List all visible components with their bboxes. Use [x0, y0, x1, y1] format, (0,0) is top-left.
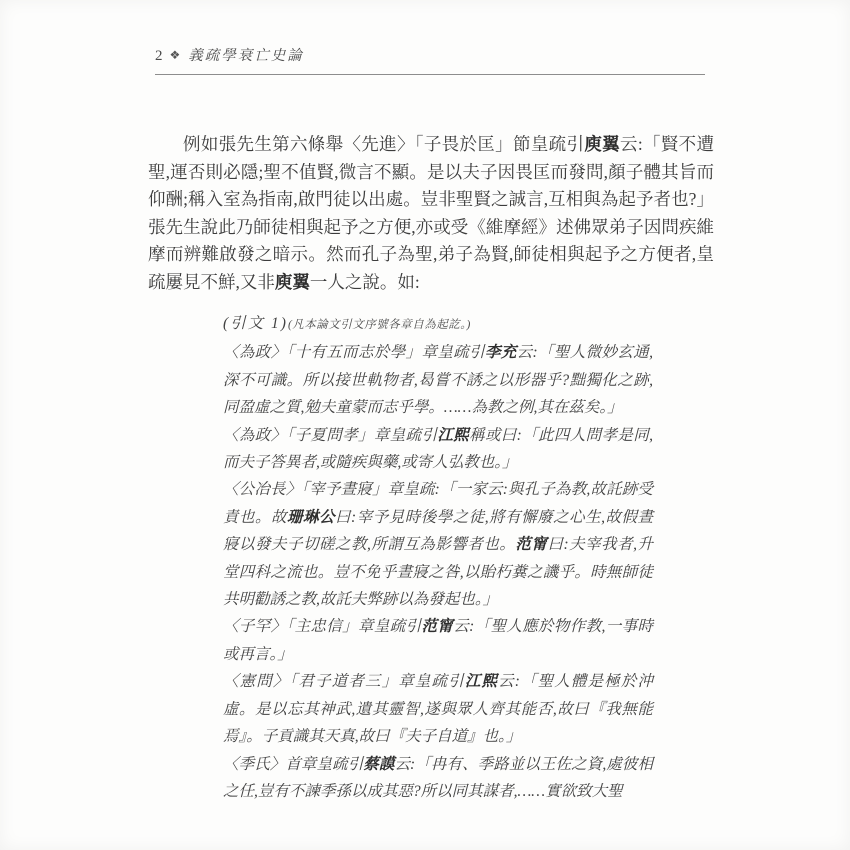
person-name: 珊琳公	[287, 509, 335, 526]
quote-block-zihan: 〈子罕〉「主忠信」章皇疏引范甯云:「聖人應於物作教,一事時或再言。」	[223, 613, 653, 668]
main-paragraph: 例如張先生第六條舉〈先進〉「子畏於匡」節皇疏引庾翼云:「賢不遭聖,運否則必隱;聖…	[148, 131, 714, 296]
book-page: 2 ❖ 義疏學衰亡史論 例如張先生第六條舉〈先進〉「子畏於匡」節皇疏引庾翼云:「…	[0, 0, 850, 850]
citation-label: (引文 1)	[223, 315, 288, 332]
citation-line: (引文 1)(凡本論文引文序號各章自為起訖。)	[223, 310, 653, 339]
person-name: 李充	[485, 344, 517, 361]
quotation-section: (引文 1)(凡本論文引文序號各章自為起訖。) 〈為政〉「十有五而志於學」章皇疏…	[223, 310, 653, 805]
person-name: 江熙	[437, 427, 469, 444]
text-run: 〈憲問〉「君子道者三」章皇疏引	[223, 673, 465, 690]
citation-note: (凡本論文引文序號各章自為起訖。)	[288, 319, 471, 331]
running-head: 2 ❖ 義疏學衰亡史論	[155, 44, 705, 75]
book-title: 義疏學衰亡史論	[188, 44, 304, 65]
person-name: 范甯	[515, 536, 547, 553]
person-name: 庾翼	[584, 134, 620, 154]
person-name: 庾翼	[275, 272, 310, 292]
quote-block-weizheng-1: 〈為政〉「十有五而志於學」章皇疏引李充云:「聖人微妙玄通,深不可識。所以接世軌物…	[223, 339, 653, 421]
page-number: 2	[155, 48, 163, 65]
text-run: 例如張先生第六條舉〈先進〉「子畏於匡」節皇疏引	[183, 134, 584, 154]
text-run: 〈為政〉「子夏問孝」章皇疏引	[223, 427, 437, 444]
quote-block-jishi: 〈季氏〉首章皇疏引蔡謨云:「冉有、季路並以王佐之資,處彼相之任,豈有不諫季孫以成…	[223, 751, 653, 806]
person-name: 蔡謨	[363, 756, 394, 773]
text-run: 〈子罕〉「主忠信」章皇疏引	[223, 618, 421, 635]
person-name: 范甯	[421, 618, 453, 635]
ornament-diamond-icon: ❖	[170, 48, 182, 63]
quote-block-xianwen: 〈憲問〉「君子道者三」章皇疏引江熙云:「聖人體是極於沖虛。是以忘其神武,遺其靈智…	[223, 668, 653, 750]
text-run: 一人之說。如:	[310, 272, 420, 292]
text-run: 〈季氏〉首章皇疏引	[223, 756, 363, 773]
person-name: 江熙	[465, 673, 498, 690]
quote-block-weizheng-2: 〈為政〉「子夏問孝」章皇疏引江熙稱或曰:「此四人問孝是同,而夫子答異者,或隨疾與…	[223, 422, 653, 477]
text-run: 〈為政〉「十有五而志於學」章皇疏引	[223, 344, 485, 361]
quote-block-gongyechang: 〈公冶長〉「宰予晝寢」章皇疏:「一家云:與孔子為教,故託跡受責也。故珊琳公曰:宰…	[223, 476, 653, 613]
text-run: 云:「賢不遭聖,運否則必隱;聖不值賢,微言不顯。是以夫子因畏匡而發問,顏子體其旨…	[148, 134, 714, 292]
